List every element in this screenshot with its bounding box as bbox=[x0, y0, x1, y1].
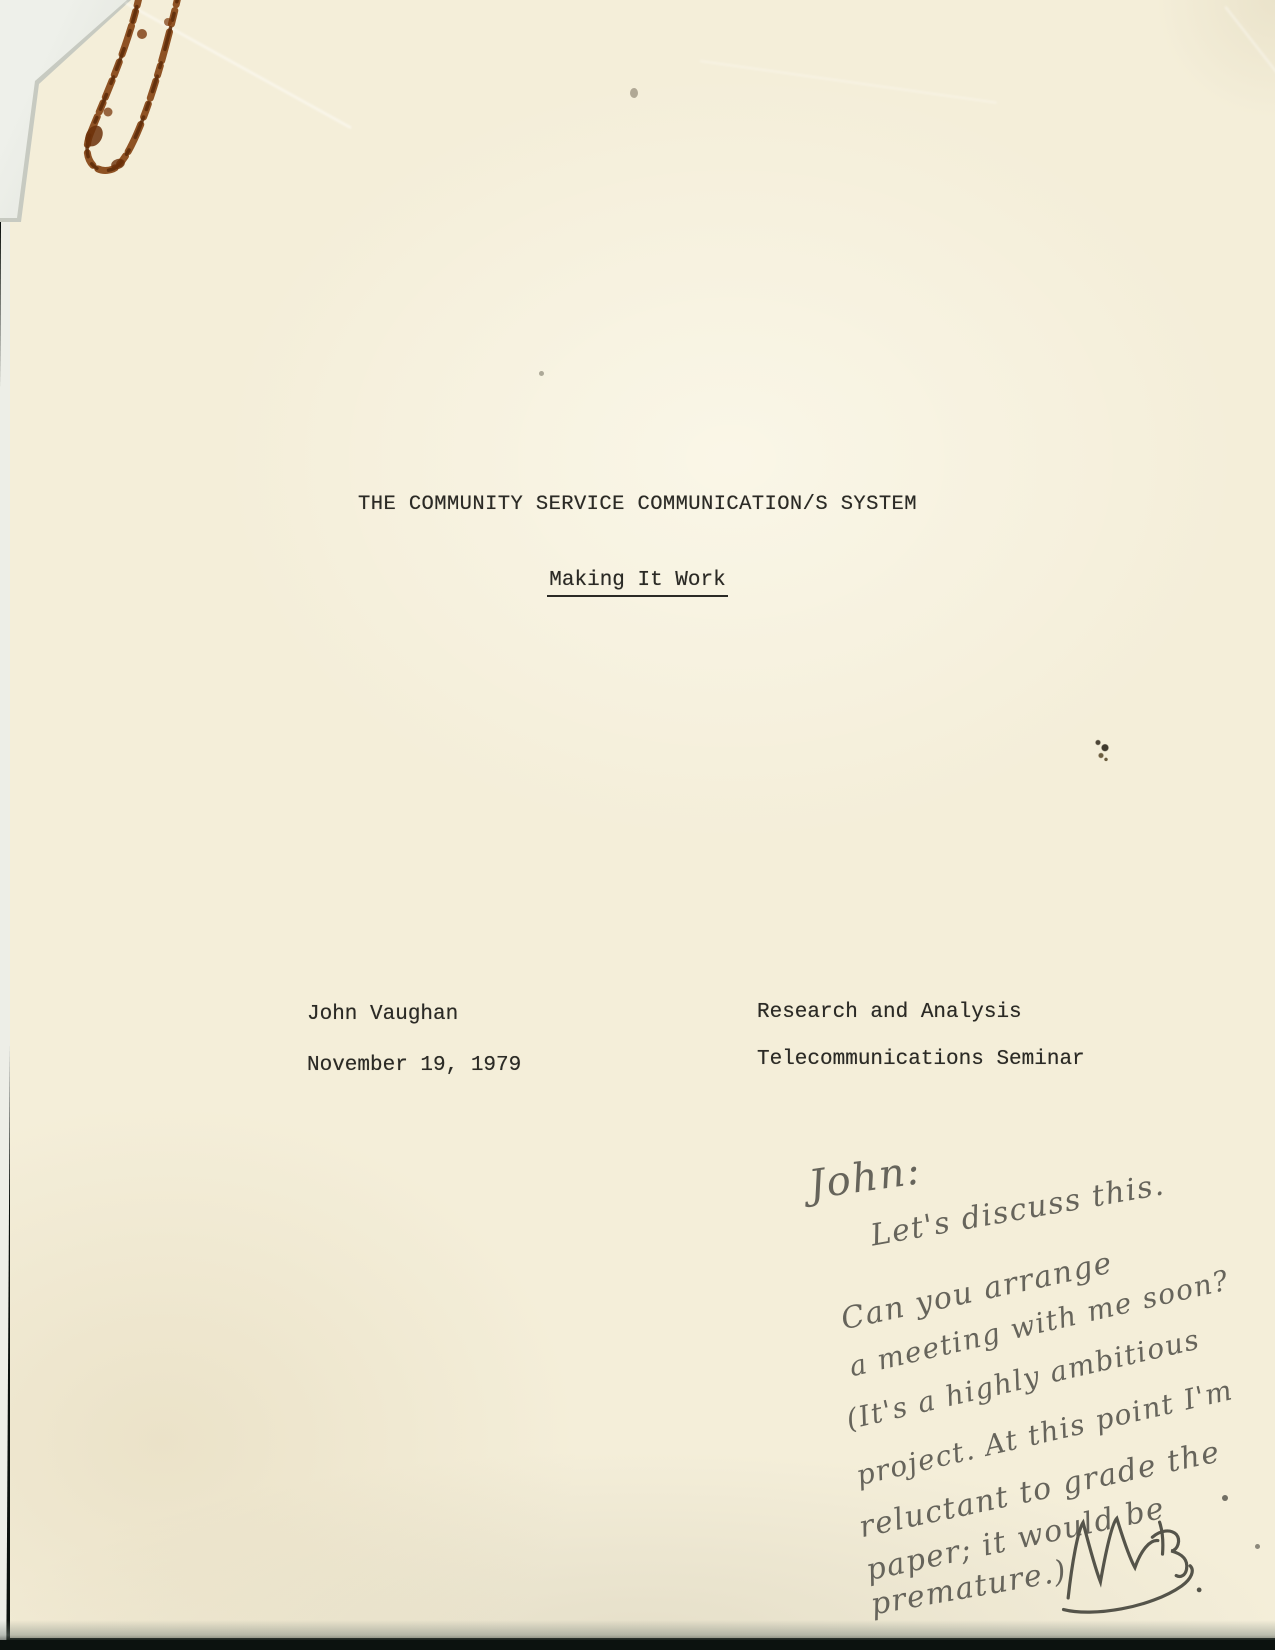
stain-speck bbox=[630, 88, 638, 98]
document-subtitle-row: Making It Work bbox=[0, 569, 1275, 597]
stain-speck bbox=[1222, 1495, 1228, 1501]
stain-speck bbox=[1092, 736, 1112, 762]
scanned-page: THE COMMUNITY SERVICE COMMUNICATION/S SY… bbox=[0, 0, 1275, 1650]
stain-speck bbox=[539, 371, 544, 376]
stain-speck bbox=[1255, 1544, 1260, 1549]
document-date: November 19, 1979 bbox=[307, 1054, 521, 1078]
affiliation-line-2: Telecommunications Seminar bbox=[757, 1048, 1085, 1072]
paper-sheet bbox=[10, 0, 1275, 1638]
paperclip-rust-stain-icon bbox=[58, 0, 218, 194]
author-name: John Vaughan bbox=[307, 1003, 458, 1027]
document-title: THE COMMUNITY SERVICE COMMUNICATION/S SY… bbox=[0, 493, 1275, 517]
scan-shadow bbox=[0, 1620, 1275, 1640]
affiliation-line-1: Research and Analysis bbox=[757, 1001, 1022, 1025]
signature-initials-icon bbox=[1046, 1498, 1208, 1625]
document-subtitle: Making It Work bbox=[547, 569, 727, 597]
